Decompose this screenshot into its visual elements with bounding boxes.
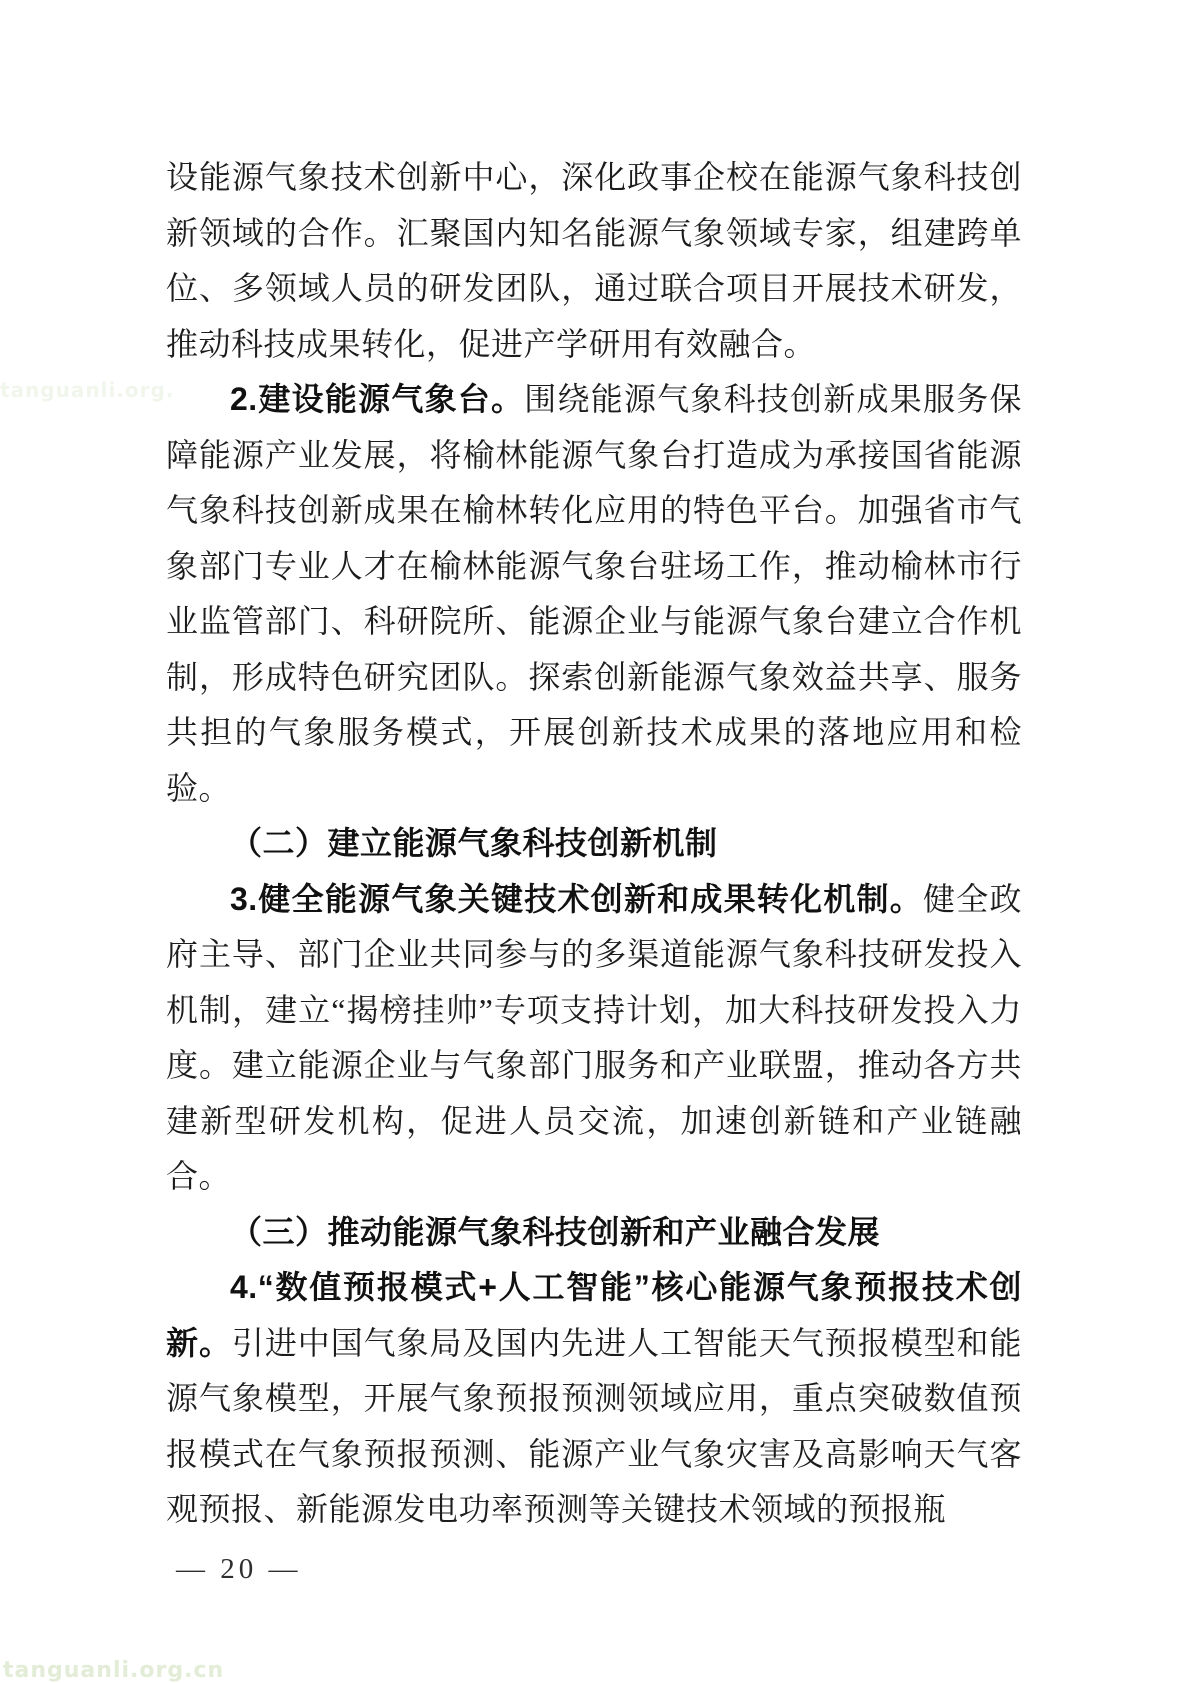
bold-text-run: （三）推动能源气象科技创新和产业融合发展 bbox=[230, 1214, 880, 1250]
watermark-text-bottom: tanguanli.org.cn bbox=[3, 1658, 224, 1683]
page-number: — 20 — bbox=[176, 1552, 302, 1586]
document-page: tanguanli.org. 设能源气象技术创新中心，深化政事企校在能源气象科技… bbox=[0, 0, 1190, 1683]
paragraph: 3.健全能源气象关键技术创新和成果转化机制。健全政府主导、部门企业共同参与的多渠… bbox=[166, 872, 1022, 1205]
section-heading: （二）建立能源气象科技创新机制 bbox=[166, 816, 1022, 872]
watermark-text-mid: tanguanli.org. bbox=[0, 378, 174, 402]
bold-text-run: 3.健全能源气象关键技术创新和成果转化机制。 bbox=[230, 881, 923, 917]
bold-text-run: （二）建立能源气象科技创新机制 bbox=[230, 825, 718, 861]
document-body: 设能源气象技术创新中心，深化政事企校在能源气象科技创新领域的合作。汇聚国内知名能… bbox=[166, 150, 1022, 1538]
paragraph: 4.“数值预报模式+人工智能”核心能源气象预报技术创新。引进中国气象局及国内先进… bbox=[166, 1260, 1022, 1538]
bold-text-run: 2.建设能源气象台。 bbox=[230, 381, 524, 417]
text-run: 围绕能源气象科技创新成果服务保障能源产业发展，将榆林能源气象台打造成为承接国省能… bbox=[166, 381, 1022, 806]
text-run: 引进中国气象局及国内先进人工智能天气预报模型和能源气象模型，开展气象预报预测领域… bbox=[166, 1325, 1022, 1528]
paragraph: 设能源气象技术创新中心，深化政事企校在能源气象科技创新领域的合作。汇聚国内知名能… bbox=[166, 150, 1022, 372]
paragraph: 2.建设能源气象台。围绕能源气象科技创新成果服务保障能源产业发展，将榆林能源气象… bbox=[166, 372, 1022, 816]
text-run: 设能源气象技术创新中心，深化政事企校在能源气象科技创新领域的合作。汇聚国内知名能… bbox=[166, 159, 1022, 362]
section-heading: （三）推动能源气象科技创新和产业融合发展 bbox=[166, 1205, 1022, 1261]
text-run: 健全政府主导、部门企业共同参与的多渠道能源气象科技研发投入机制，建立“揭榜挂帅”… bbox=[166, 881, 1022, 1195]
